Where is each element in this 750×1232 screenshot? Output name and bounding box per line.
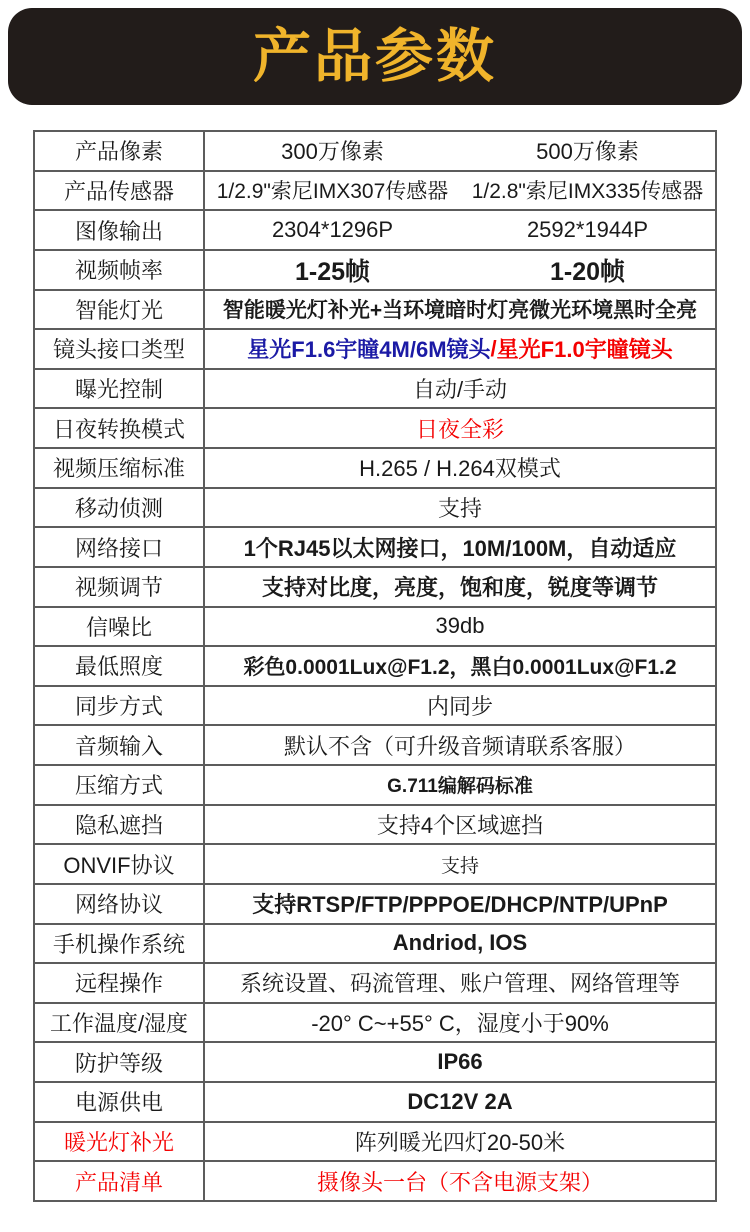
spec-value: 默认不含（可升级音频请联系客服） bbox=[205, 726, 715, 764]
spec-table: 产品像素300万像素500万像素产品传感器1/2.9"索尼IMX307传感器1/… bbox=[33, 130, 717, 1202]
spec-label: 日夜转换模式 bbox=[35, 409, 205, 447]
table-row: 网络协议支持RTSP/FTP/PPPOE/DHCP/NTP/UPnP bbox=[35, 883, 715, 923]
table-row: 隐私遮挡支持4个区域遮挡 bbox=[35, 804, 715, 844]
spec-label: 产品清单 bbox=[35, 1162, 205, 1200]
table-row: 移动侦测支持 bbox=[35, 487, 715, 527]
table-row: 视频压缩标准H.265 / H.264双模式 bbox=[35, 447, 715, 487]
spec-value: DC12V 2A bbox=[205, 1083, 715, 1121]
table-row: 音频输入默认不含（可升级音频请联系客服） bbox=[35, 724, 715, 764]
spec-label: 隐私遮挡 bbox=[35, 806, 205, 844]
spec-subvalue: 500万像素 bbox=[460, 135, 715, 166]
table-row: 镜头接口类型星光F1.6宇瞳4M/6M镜头 / 星光F1.0宇瞳镜头 bbox=[35, 328, 715, 368]
spec-subvalue: 1-25帧 bbox=[205, 252, 460, 288]
product-spec-page: { "header": { "title": "产品参数", "bg_color… bbox=[0, 0, 750, 1232]
table-row: 图像输出2304*1296P2592*1944P bbox=[35, 209, 715, 249]
spec-label: 曝光控制 bbox=[35, 370, 205, 408]
spec-label: 产品传感器 bbox=[35, 172, 205, 210]
spec-label: 暖光灯补光 bbox=[35, 1123, 205, 1161]
spec-value: 内同步 bbox=[205, 687, 715, 725]
spec-value: IP66 bbox=[205, 1043, 715, 1081]
page-title: 产品参数 bbox=[253, 28, 497, 86]
spec-label: 最低照度 bbox=[35, 647, 205, 685]
table-row: 同步方式内同步 bbox=[35, 685, 715, 725]
spec-value: 支持 bbox=[205, 489, 715, 527]
spec-value: Andriod, IOS bbox=[205, 925, 715, 963]
spec-label: 压缩方式 bbox=[35, 766, 205, 804]
spec-label: 工作温度/湿度 bbox=[35, 1004, 205, 1042]
spec-value: 支持对比度，亮度，饱和度，锐度等调节 bbox=[205, 568, 715, 606]
spec-value: 摄像头一台（不含电源支架） bbox=[205, 1162, 715, 1200]
table-row: 防护等级IP66 bbox=[35, 1041, 715, 1081]
spec-label: 信噪比 bbox=[35, 608, 205, 646]
spec-label: 智能灯光 bbox=[35, 291, 205, 329]
spec-label: 防护等级 bbox=[35, 1043, 205, 1081]
spec-subvalue: 1-20帧 bbox=[460, 252, 715, 288]
spec-label: 视频帧率 bbox=[35, 251, 205, 289]
spec-value: 1-25帧1-20帧 bbox=[205, 251, 715, 289]
spec-label: 视频调节 bbox=[35, 568, 205, 606]
table-row: 产品清单摄像头一台（不含电源支架） bbox=[35, 1160, 715, 1200]
spec-value: 彩色0.0001Lux@F1.2，黑白0.0001Lux@F1.2 bbox=[205, 647, 715, 685]
spec-value: -20° C~+55° C，湿度小于90% bbox=[205, 1004, 715, 1042]
spec-value: 2304*1296P2592*1944P bbox=[205, 211, 715, 249]
table-row: 产品像素300万像素500万像素 bbox=[35, 132, 715, 170]
table-row: 视频帧率1-25帧1-20帧 bbox=[35, 249, 715, 289]
table-row: 工作温度/湿度-20° C~+55° C，湿度小于90% bbox=[35, 1002, 715, 1042]
table-row: 暖光灯补光阵列暖光四灯20-50米 bbox=[35, 1121, 715, 1161]
spec-value: 阵列暖光四灯20-50米 bbox=[205, 1123, 715, 1161]
spec-label: 产品像素 bbox=[35, 132, 205, 170]
table-row: 信噪比39db bbox=[35, 606, 715, 646]
table-row: 视频调节支持对比度，亮度，饱和度，锐度等调节 bbox=[35, 566, 715, 606]
spec-label: 电源供电 bbox=[35, 1083, 205, 1121]
spec-label: 视频压缩标准 bbox=[35, 449, 205, 487]
spec-label: 图像输出 bbox=[35, 211, 205, 249]
table-row: 压缩方式G.711编解码标准 bbox=[35, 764, 715, 804]
table-row: 手机操作系统Andriod, IOS bbox=[35, 923, 715, 963]
spec-label: 同步方式 bbox=[35, 687, 205, 725]
spec-subvalue: 300万像素 bbox=[205, 135, 460, 166]
spec-value: 智能暖光灯补光+当环境暗时灯亮微光环境黑时全亮 bbox=[205, 291, 715, 329]
spec-value: 系统设置、码流管理、账户管理、网络管理等 bbox=[205, 964, 715, 1002]
page-title-banner: 产品参数 bbox=[8, 8, 742, 105]
spec-label: 音频输入 bbox=[35, 726, 205, 764]
table-row: 网络接口1个RJ45以太网接口，10M/100M，自动适应 bbox=[35, 526, 715, 566]
spec-label: 网络接口 bbox=[35, 528, 205, 566]
spec-label: 手机操作系统 bbox=[35, 925, 205, 963]
spec-subvalue: 2304*1296P bbox=[205, 217, 460, 243]
spec-value: 支持 bbox=[205, 845, 715, 883]
spec-subvalue: 1/2.8"索尼IMX335传感器 bbox=[460, 175, 715, 205]
spec-label: 网络协议 bbox=[35, 885, 205, 923]
table-row: 产品传感器1/2.9"索尼IMX307传感器1/2.8"索尼IMX335传感器 bbox=[35, 170, 715, 210]
table-row: 智能灯光智能暖光灯补光+当环境暗时灯亮微光环境黑时全亮 bbox=[35, 289, 715, 329]
spec-value: 星光F1.6宇瞳4M/6M镜头 / 星光F1.0宇瞳镜头 bbox=[205, 330, 715, 368]
table-row: 电源供电DC12V 2A bbox=[35, 1081, 715, 1121]
spec-subvalue: 2592*1944P bbox=[460, 217, 715, 243]
spec-label: 远程操作 bbox=[35, 964, 205, 1002]
spec-label: 镜头接口类型 bbox=[35, 330, 205, 368]
spec-label: ONVIF协议 bbox=[35, 845, 205, 883]
spec-value: 日夜全彩 bbox=[205, 409, 715, 447]
spec-value-segment: 星光F1.6宇瞳4M/6M镜头 bbox=[247, 333, 490, 364]
table-row: 日夜转换模式日夜全彩 bbox=[35, 407, 715, 447]
spec-value: 支持RTSP/FTP/PPPOE/DHCP/NTP/UPnP bbox=[205, 885, 715, 923]
spec-value-segment: 星光F1.0宇瞳镜头 bbox=[497, 333, 673, 364]
spec-value: 支持4个区域遮挡 bbox=[205, 806, 715, 844]
spec-subvalue: 1/2.9"索尼IMX307传感器 bbox=[205, 175, 460, 205]
table-row: 远程操作系统设置、码流管理、账户管理、网络管理等 bbox=[35, 962, 715, 1002]
spec-value: 1/2.9"索尼IMX307传感器1/2.8"索尼IMX335传感器 bbox=[205, 172, 715, 210]
spec-value: H.265 / H.264双模式 bbox=[205, 449, 715, 487]
spec-value: 1个RJ45以太网接口，10M/100M，自动适应 bbox=[205, 528, 715, 566]
spec-value: G.711编解码标准 bbox=[205, 766, 715, 804]
spec-value: 300万像素500万像素 bbox=[205, 132, 715, 170]
table-row: ONVIF协议支持 bbox=[35, 843, 715, 883]
table-row: 最低照度彩色0.0001Lux@F1.2，黑白0.0001Lux@F1.2 bbox=[35, 645, 715, 685]
table-row: 曝光控制自动/手动 bbox=[35, 368, 715, 408]
spec-label: 移动侦测 bbox=[35, 489, 205, 527]
spec-value: 自动/手动 bbox=[205, 370, 715, 408]
spec-value: 39db bbox=[205, 608, 715, 646]
